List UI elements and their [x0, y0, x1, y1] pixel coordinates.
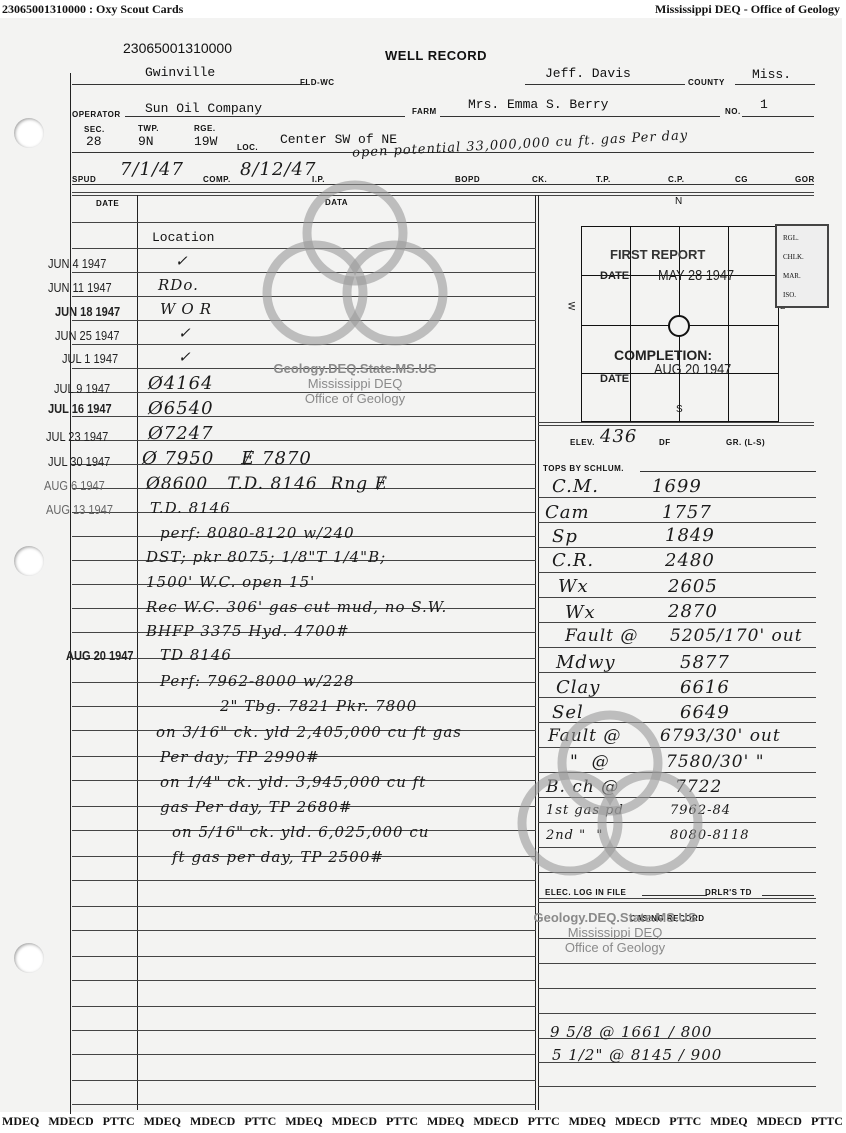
top-depth: 5205/170' out [670, 626, 803, 646]
field-value: Gwinville [145, 65, 215, 80]
punch-hole [14, 118, 44, 148]
twp-value: 9N [138, 134, 154, 149]
comp-label: COMP. [203, 175, 231, 184]
log-entry: ✓ [178, 348, 192, 366]
log-date: JUL 1 1947 [62, 351, 118, 366]
top-depth: 1699 [652, 476, 702, 497]
county-value: Jeff. Davis [545, 66, 631, 81]
log-entry: ✓ [175, 252, 189, 270]
well-location-circle [668, 315, 690, 337]
log-entry: Location [152, 230, 214, 245]
log-date: JUL 30 1947 [48, 454, 110, 469]
margin-line [70, 73, 71, 1128]
well-record-card: 23065001310000 WELL RECORD Gwinville FLD… [0, 18, 842, 1112]
df-label: DF [659, 438, 671, 447]
completion-date: AUG 20 1947 [654, 361, 731, 378]
viewer-header: 23065001310000 : Oxy Scout Cards Mississ… [0, 0, 846, 18]
top-depth: 1849 [665, 525, 715, 546]
log-entry: 1500' W.C. open 15' [146, 573, 315, 591]
top-depth: 2870 [668, 601, 718, 622]
form-title: WELL RECORD [385, 48, 487, 63]
top-name: C.M. [552, 476, 599, 497]
log-entry: BHFP 3375 Hyd. 4700# [146, 622, 350, 640]
farm-value: Mrs. Emma S. Berry [468, 97, 608, 112]
footer-watermark: MDEQ MDECD PTTC MDEQ MDECD PTTC MDEQ MDE… [0, 1114, 846, 1133]
log-entry: Per day; TP 2990# [160, 748, 320, 766]
drlr-td-label: DRLR'S TD [705, 888, 752, 897]
log-entry: RDo. [158, 276, 199, 294]
stamp-mar: MAR. [783, 272, 801, 280]
agency-title: Mississippi DEQ - Office of Geology [655, 2, 840, 17]
top-depth: 1757 [662, 502, 712, 523]
top-depth: 5877 [680, 652, 730, 673]
log-entry: Ø6540 [148, 398, 214, 419]
log-entry: perf: 8080-8120 w/240 [160, 524, 355, 542]
north-label: N [675, 196, 682, 207]
log-entry: Perf: 7962-8000 w/228 [160, 672, 355, 690]
log-entry: on 1/4" ck. yld. 3,945,000 cu ft [160, 773, 426, 791]
log-date: AUG 20 1947 [66, 648, 134, 663]
rge-label: RGE. [194, 124, 216, 133]
top-name: Wx [558, 576, 589, 597]
stamp-rgl: RGL. [783, 234, 799, 242]
log-date: JUL 9 1947 [54, 381, 110, 396]
top-depth: 2480 [665, 550, 715, 571]
elev-label: ELEV. [570, 438, 595, 447]
record-title: 23065001310000 : Oxy Scout Cards [2, 2, 183, 17]
top-name: Fault @ [565, 626, 638, 646]
log-entry: on 3/16" ck. yld 2,405,000 cu ft gas [156, 723, 462, 741]
log-entry: Ø 7950 Ɇ 7870 [142, 448, 312, 469]
log-entry: T.D. 8146 [150, 499, 231, 517]
top-name: Cam [545, 502, 590, 523]
watermark-text: Geology.DEQ.State.MS.US Mississippi DEQ … [515, 910, 715, 955]
punch-hole [14, 546, 44, 576]
ck-label: CK. [532, 175, 547, 184]
elev-value: 436 [600, 426, 637, 447]
log-date: AUG 6 1947 [44, 478, 105, 493]
gor-label: GOR [795, 175, 815, 184]
log-entry: gas Per day, TP 2680# [160, 798, 352, 816]
top-name: Sp [552, 526, 578, 547]
first-report-date: MAY 28 1947 [658, 267, 734, 284]
completion-date-label: DATE [600, 373, 629, 385]
log-date: JUL 23 1947 [46, 429, 108, 444]
top-name: C.R. [552, 550, 594, 571]
field-label: FLD-WC [300, 78, 335, 87]
log-date: AUG 13 1947 [46, 502, 113, 517]
api-number: 23065001310000 [123, 40, 232, 56]
casing-row: 5 1/2" @ 8145 / 900 [552, 1046, 722, 1064]
top-name: Wx [565, 602, 596, 623]
log-date: JUN 18 1947 [55, 304, 120, 319]
log-entry: ✓ [178, 324, 192, 342]
log-date: JUN 11 1947 [48, 280, 112, 295]
rge-value: 19W [194, 134, 217, 149]
well-no: 1 [760, 97, 768, 112]
log-date: JUN 25 1947 [55, 328, 120, 343]
tp-label: T.P. [596, 175, 611, 184]
gr-label: GR. (L-S) [726, 438, 765, 447]
stamp-chlk: CHLK. [783, 253, 804, 261]
county-label: COUNTY [688, 78, 725, 87]
casing-row: 9 5/8 @ 1661 / 800 [550, 1023, 712, 1041]
log-entry: TD 8146 [160, 646, 232, 664]
cg-label: CG [735, 175, 748, 184]
bopd-label: BOPD [455, 175, 480, 184]
state-value: Miss. [752, 67, 791, 82]
top-depth: 2605 [668, 576, 718, 597]
date-column-header: DATE [96, 199, 119, 208]
cp-label: C.P. [668, 175, 685, 184]
log-entry: WOR [160, 300, 217, 318]
review-stamp: RGL. CHLK. MAR. ISO. [775, 224, 829, 308]
log-entry: DST; pkr 8075; 1/8"T 1/4"B; [146, 548, 386, 566]
south-label: S [676, 404, 683, 415]
punch-hole [14, 943, 44, 973]
log-entry: 2" Tbg. 7821 Pkr. 7800 [220, 697, 417, 715]
twp-label: TWP. [138, 124, 159, 133]
stamp-iso: ISO. [783, 291, 796, 299]
watermark-text: Geology.DEQ.State.MS.US Mississippi DEQ … [255, 361, 455, 406]
first-report-label: FIRST REPORT [610, 247, 705, 262]
top-name: Clay [556, 677, 600, 698]
comp-date: 8/12/47 [240, 159, 316, 180]
west-label: W [566, 302, 576, 311]
log-date: JUL 16 1947 [48, 401, 112, 416]
top-depth: 6616 [680, 677, 730, 698]
top-name: Mdwy [556, 652, 616, 673]
operator-label: OPERATOR [72, 110, 121, 119]
tops-label: TOPS BY SCHLUM. [543, 464, 624, 473]
log-entry: on 5/16" ck. yld. 6,025,000 cu [172, 823, 429, 841]
operator-value: Sun Oil Company [145, 101, 262, 116]
log-date: JUN 4 1947 [48, 256, 106, 271]
ip-note: open potential 33,000,000 cu ft. gas Per… [352, 128, 689, 161]
sec-label: SEC. [84, 125, 105, 134]
no-label: NO. [725, 107, 741, 116]
loc-label: LOC. [237, 143, 258, 152]
deq-watermark-logo-icon [510, 708, 710, 888]
log-entry: Rec W.C. 306' gas cut mud, no S.W. [146, 598, 447, 616]
log-entry: Ø7247 [148, 423, 214, 444]
elec-log-label: ELEC. LOG IN FILE [545, 888, 626, 897]
sec-value: 28 [86, 134, 102, 149]
spud-label: SPUD [72, 175, 96, 184]
log-entry: Ø4164 [148, 373, 214, 394]
deq-watermark-logo-icon [255, 178, 455, 358]
log-entry: ft gas per day, TP 2500# [172, 848, 384, 866]
spud-date: 7/1/47 [120, 159, 184, 180]
section-plat: FIRST REPORT DATE MAY 28 1947 COMPLETION… [581, 226, 779, 422]
log-entry: Ø8600 T.D. 8146 Rng Ɇ [146, 474, 388, 494]
first-report-date-label: DATE [600, 270, 629, 282]
farm-label: FARM [412, 107, 437, 116]
